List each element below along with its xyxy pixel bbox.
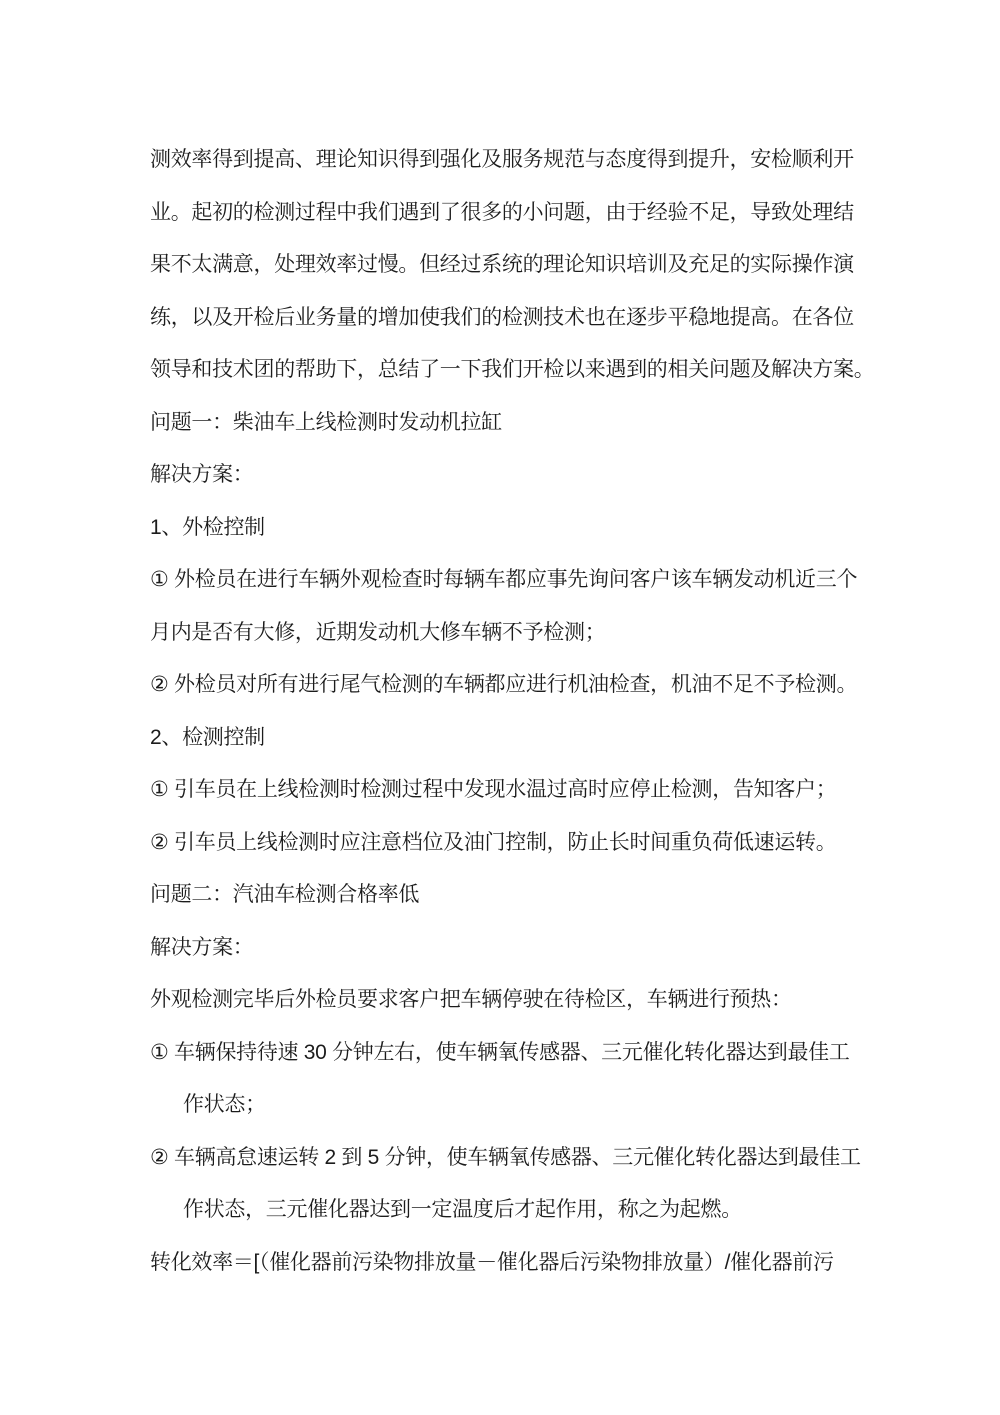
document-page: 测效率得到提高、理论知识得到强化及服务规范与态度得到提升，安检顺利开 业。起初的… [0,0,1000,1415]
external-check-item-2: ② 外检员对所有进行尾气检测的车辆都应进行机油检查，机油不足不予检测。 [150,659,870,712]
intro-paragraph-line-4: 练，以及开检后业务量的增加使我们的检测技术也在逐步平稳地提高。在各位 [150,292,870,345]
intro-paragraph-line-2: 业。起初的检测过程中我们遇到了很多的小问题，由于经验不足，导致处理结 [150,187,870,240]
preheat-item-2-line-1: ② 车辆高怠速运转 2 到 5 分钟，使车辆氧传感器、三元催化转化器达到最佳工 [150,1132,870,1185]
intro-paragraph-line-3: 果不太满意，处理效率过慢。但经过系统的理论知识培训及充足的实际操作演 [150,239,870,292]
external-check-item-1-line-1: ① 外检员在进行车辆外观检查时每辆车都应事先询问客户该车辆发动机近三个 [150,554,870,607]
detection-control-item-2: ② 引车员上线检测时应注意档位及油门控制，防止长时间重负荷低速运转。 [150,817,870,870]
preheat-item-1-line-1: ① 车辆保持待速 30 分钟左右，使车辆氧传感器、三元催化转化器达到最佳工 [150,1027,870,1080]
problem-1-solution-label: 解决方案： [150,449,870,502]
preheat-item-1-line-2: 作状态； [150,1079,870,1132]
problem-1-heading: 问题一：柴油车上线检测时发动机拉缸 [150,397,870,450]
external-check-item-1-line-2: 月内是否有大修，近期发动机大修车辆不予检测； [150,607,870,660]
intro-paragraph-line-1: 测效率得到提高、理论知识得到强化及服务规范与态度得到提升，安检顺利开 [150,134,870,187]
section-detection-control-heading: 2、检测控制 [150,712,870,765]
preheat-intro-line: 外观检测完毕后外检员要求客户把车辆停驶在待检区，车辆进行预热： [150,974,870,1027]
section-external-check-heading: 1、外检控制 [150,502,870,555]
problem-2-solution-label: 解决方案： [150,922,870,975]
conversion-efficiency-formula-line: 转化效率＝[（催化器前污染物排放量－催化器后污染物排放量）/催化器前污 [150,1237,870,1290]
preheat-item-2-line-2: 作状态，三元催化器达到一定温度后才起作用，称之为起燃。 [150,1184,870,1237]
problem-2-heading: 问题二：汽油车检测合格率低 [150,869,870,922]
intro-paragraph-line-5: 领导和技术团的帮助下，总结了一下我们开检以来遇到的相关问题及解决方案。 [150,344,870,397]
detection-control-item-1: ① 引车员在上线检测时检测过程中发现水温过高时应停止检测，告知客户； [150,764,870,817]
